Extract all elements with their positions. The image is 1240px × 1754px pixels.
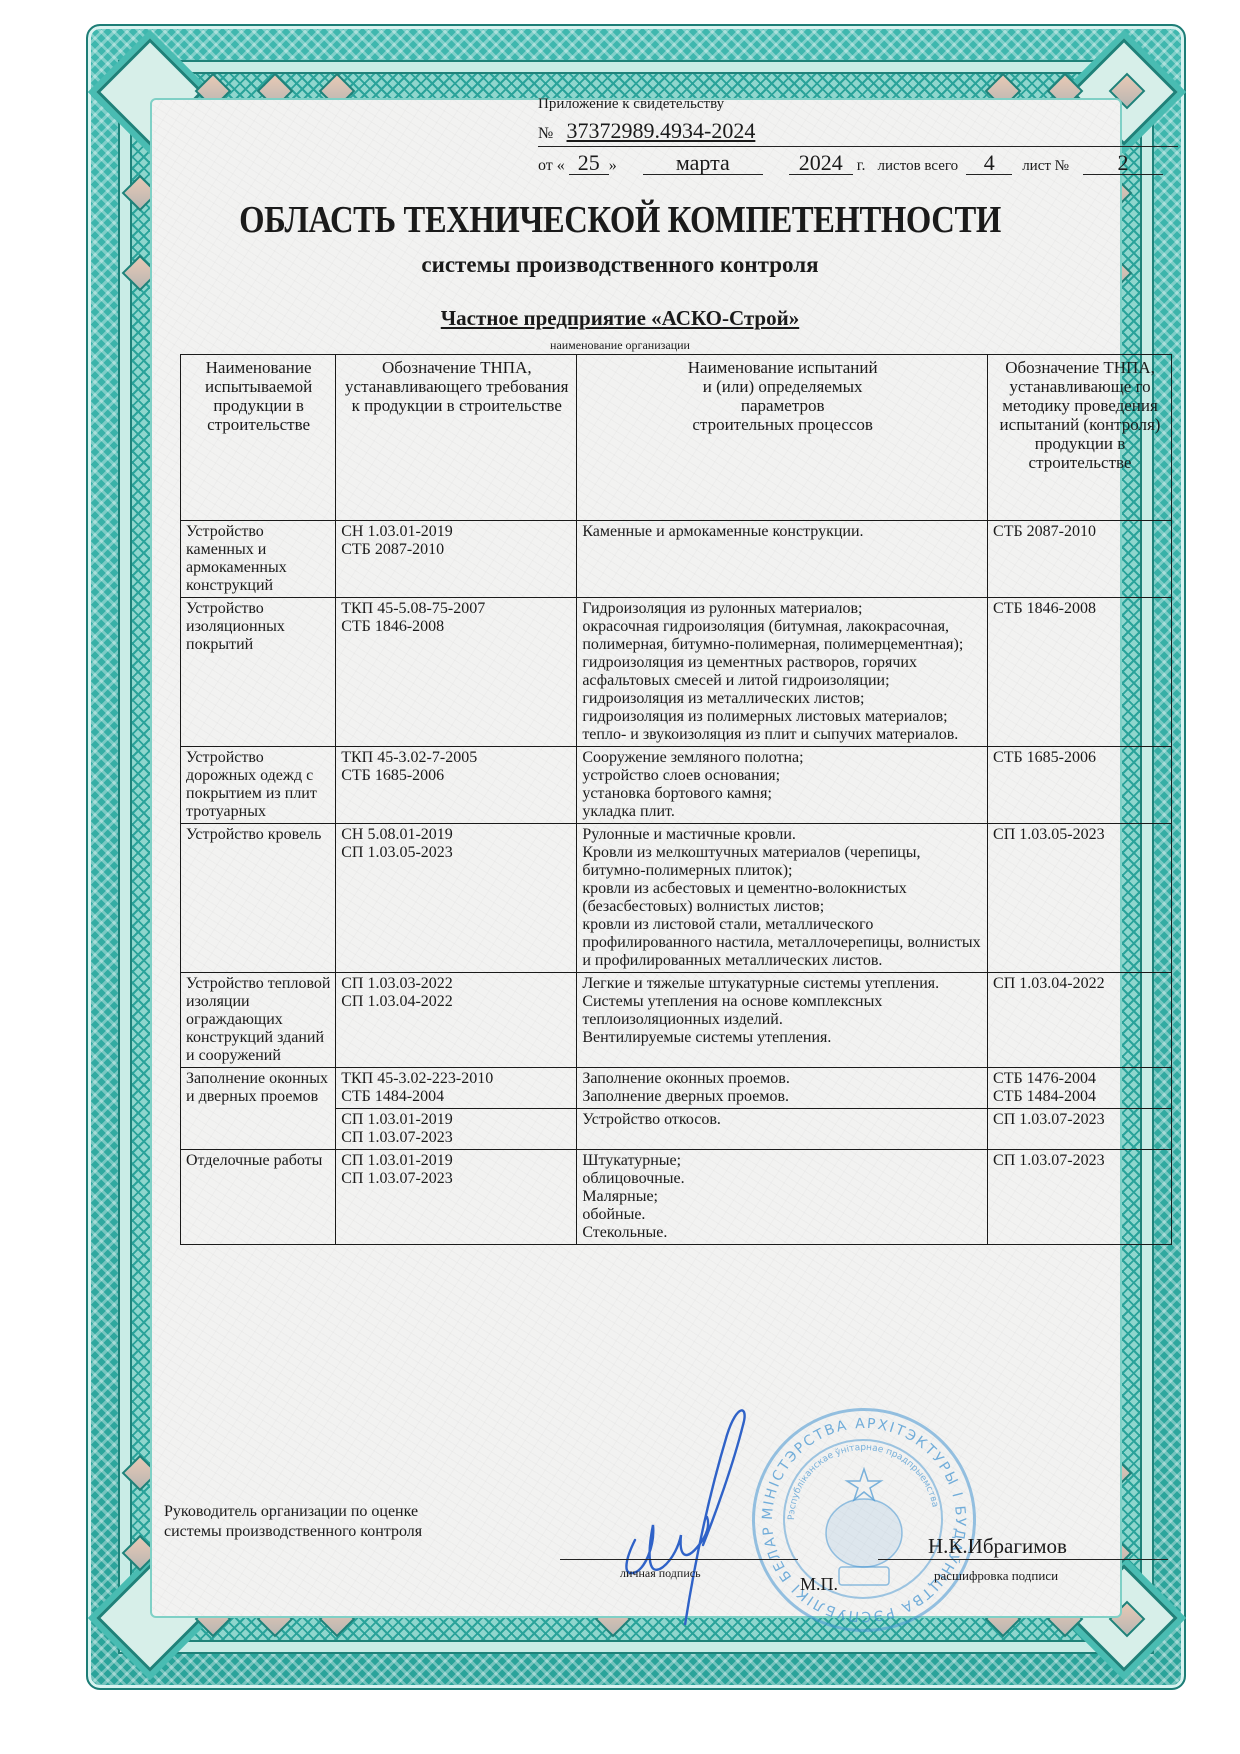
page-subtitle: системы производственного контроля <box>0 252 1240 278</box>
table-row: Устройство изоляционных покрытий ТКП 45-… <box>181 598 1172 747</box>
cell-tnpa-method: СП 1.03.07-2023 <box>988 1150 1172 1245</box>
organization: Частное предприятие «АСКО-Строй» <box>0 306 1240 331</box>
col-header-product: Наименование испытываемой продукции в ст… <box>181 355 336 521</box>
col-header-tnpa-requirements: Обозначение ТНПА, устанавливающего требо… <box>336 355 577 521</box>
table-row: Устройство каменных и армокаменных конст… <box>181 521 1172 598</box>
cell-product: Заполнение оконных и дверных проемов <box>181 1068 336 1150</box>
seal-emblem-icon: МІНІСТЭРСТВА АРХІТЭКТУРЫ І БУДАЎНІЦТВА Р… <box>755 1411 973 1629</box>
handwritten-signature <box>615 1395 765 1625</box>
official-seal: МІНІСТЭРСТВА АРХІТЭКТУРЫ І БУДАЎНІЦТВА Р… <box>752 1408 976 1632</box>
cell-product: Устройство дорожных одежд с покрытием из… <box>181 747 336 824</box>
cell-tnpa-method: СП 1.03.04-2022 <box>988 973 1172 1068</box>
signatory-name: Н.К.Ибрагимов <box>928 1534 1067 1559</box>
cell-tnpa-method: СП 1.03.05-2023 <box>988 824 1172 973</box>
number-prefix: № <box>538 125 553 142</box>
table-row: Отделочные работы СП 1.03.01-2019 СП 1.0… <box>181 1150 1172 1245</box>
certificate-number-row: № 37372989.4934-2024 <box>538 118 1178 147</box>
organization-name: Частное предприятие «АСКО-Строй» <box>441 306 799 330</box>
cell-tests: Сооружение земляного полотна; устройство… <box>577 747 988 824</box>
seal-label: М.П. <box>800 1574 838 1595</box>
personal-signature-caption: личная подпись <box>620 1566 701 1581</box>
page-title: ОБЛАСТЬ ТЕХНИЧЕСКОЙ КОМПЕТЕНТНОСТИ <box>87 198 1153 242</box>
scope-table: Наименование испытываемой продукции в ст… <box>180 354 1172 1245</box>
cell-tnpa-requirements: СП 1.03.01-2019 СП 1.03.07-2023 <box>336 1109 577 1150</box>
table-header-row: Наименование испытываемой продукции в ст… <box>181 355 1172 521</box>
table-row: Устройство кровель СН 5.08.01-2019 СП 1.… <box>181 824 1172 973</box>
cell-tnpa-requirements: СН 1.03.01-2019 СТБ 2087-2010 <box>336 521 577 598</box>
cell-tnpa-method: СТБ 2087-2010 <box>988 521 1172 598</box>
date-year-suffix: г. <box>857 157 866 174</box>
cell-tnpa-method: СТБ 1846-2008 <box>988 598 1172 747</box>
cell-tests: Заполнение оконных проемов. Заполнение д… <box>577 1068 988 1109</box>
cell-tnpa-requirements: ТКП 45-3.02-7-2005 СТБ 1685-2006 <box>336 747 577 824</box>
cell-tnpa-requirements: ТКП 45-3.02-223-2010 СТБ 1484-2004 <box>336 1068 577 1109</box>
annex-label: Приложение к свидетельству <box>538 96 724 113</box>
sheets-total-label: листов всего <box>878 158 959 174</box>
cell-tests: Устройство откосов. <box>577 1109 988 1150</box>
cell-tests: Легкие и тяжелые штукатурные системы уте… <box>577 973 988 1068</box>
date-month: марта <box>643 152 763 175</box>
table-row: Устройство тепловой изоляции ограждающих… <box>181 973 1172 1068</box>
table-row: Устройство дорожных одежд с покрытием из… <box>181 747 1172 824</box>
name-caption: расшифровка подписи <box>934 1568 1058 1584</box>
date-row: от « 25» марта 2024 г. листов всего 4 ли… <box>538 152 1163 175</box>
cell-tests: Рулонные и мастичные кровли. Кровли из м… <box>577 824 988 973</box>
sheets-total: 4 <box>966 152 1012 175</box>
date-day: 25 <box>569 152 609 175</box>
cell-tnpa-requirements: ТКП 45-5.08-75-2007 СТБ 1846-2008 <box>336 598 577 747</box>
cell-tnpa-method: СТБ 1476-2004 СТБ 1484-2004 <box>988 1068 1172 1109</box>
signatory-role: Руководитель организации по оценке систе… <box>164 1502 422 1542</box>
cell-tests: Штукатурные; облицовочные. Малярные; обо… <box>577 1150 988 1245</box>
sheet-no-label: лист № <box>1022 158 1069 174</box>
cell-tnpa-method: СТБ 1685-2006 <box>988 747 1172 824</box>
certificate-number: 37372989.4934-2024 <box>567 118 756 143</box>
cell-tests: Каменные и армокаменные конструкции. <box>577 521 988 598</box>
cell-product: Устройство кровель <box>181 824 336 973</box>
cell-tnpa-requirements: СН 5.08.01-2019 СП 1.03.05-2023 <box>336 824 577 973</box>
signature-line <box>560 1559 798 1560</box>
sheet-no: 2 <box>1083 152 1163 175</box>
cell-tnpa-requirements: СП 1.03.01-2019 СП 1.03.07-2023 <box>336 1150 577 1245</box>
col-header-tnpa-method: Обозначение ТНПА, устанавливающе го мето… <box>988 355 1172 521</box>
date-day-suffix: » <box>609 157 617 174</box>
cell-product: Устройство изоляционных покрытий <box>181 598 336 747</box>
cell-tests: Гидроизоляция из рулонных материалов; ок… <box>577 598 988 747</box>
name-line <box>878 1559 1168 1560</box>
cell-product: Устройство тепловой изоляции ограждающих… <box>181 973 336 1068</box>
col-header-tests: Наименование испытаний и (или) определяе… <box>577 355 988 521</box>
cell-product: Устройство каменных и армокаменных конст… <box>181 521 336 598</box>
date-prefix: от « <box>538 157 565 174</box>
cell-tnpa-method: СП 1.03.07-2023 <box>988 1109 1172 1150</box>
cell-tnpa-requirements: СП 1.03.03-2022 СП 1.03.04-2022 <box>336 973 577 1068</box>
cell-product: Отделочные работы <box>181 1150 336 1245</box>
date-year: 2024 <box>789 152 853 175</box>
table-row: Заполнение оконных и дверных проемов ТКП… <box>181 1068 1172 1109</box>
organization-caption: наименование организации <box>0 338 1240 353</box>
